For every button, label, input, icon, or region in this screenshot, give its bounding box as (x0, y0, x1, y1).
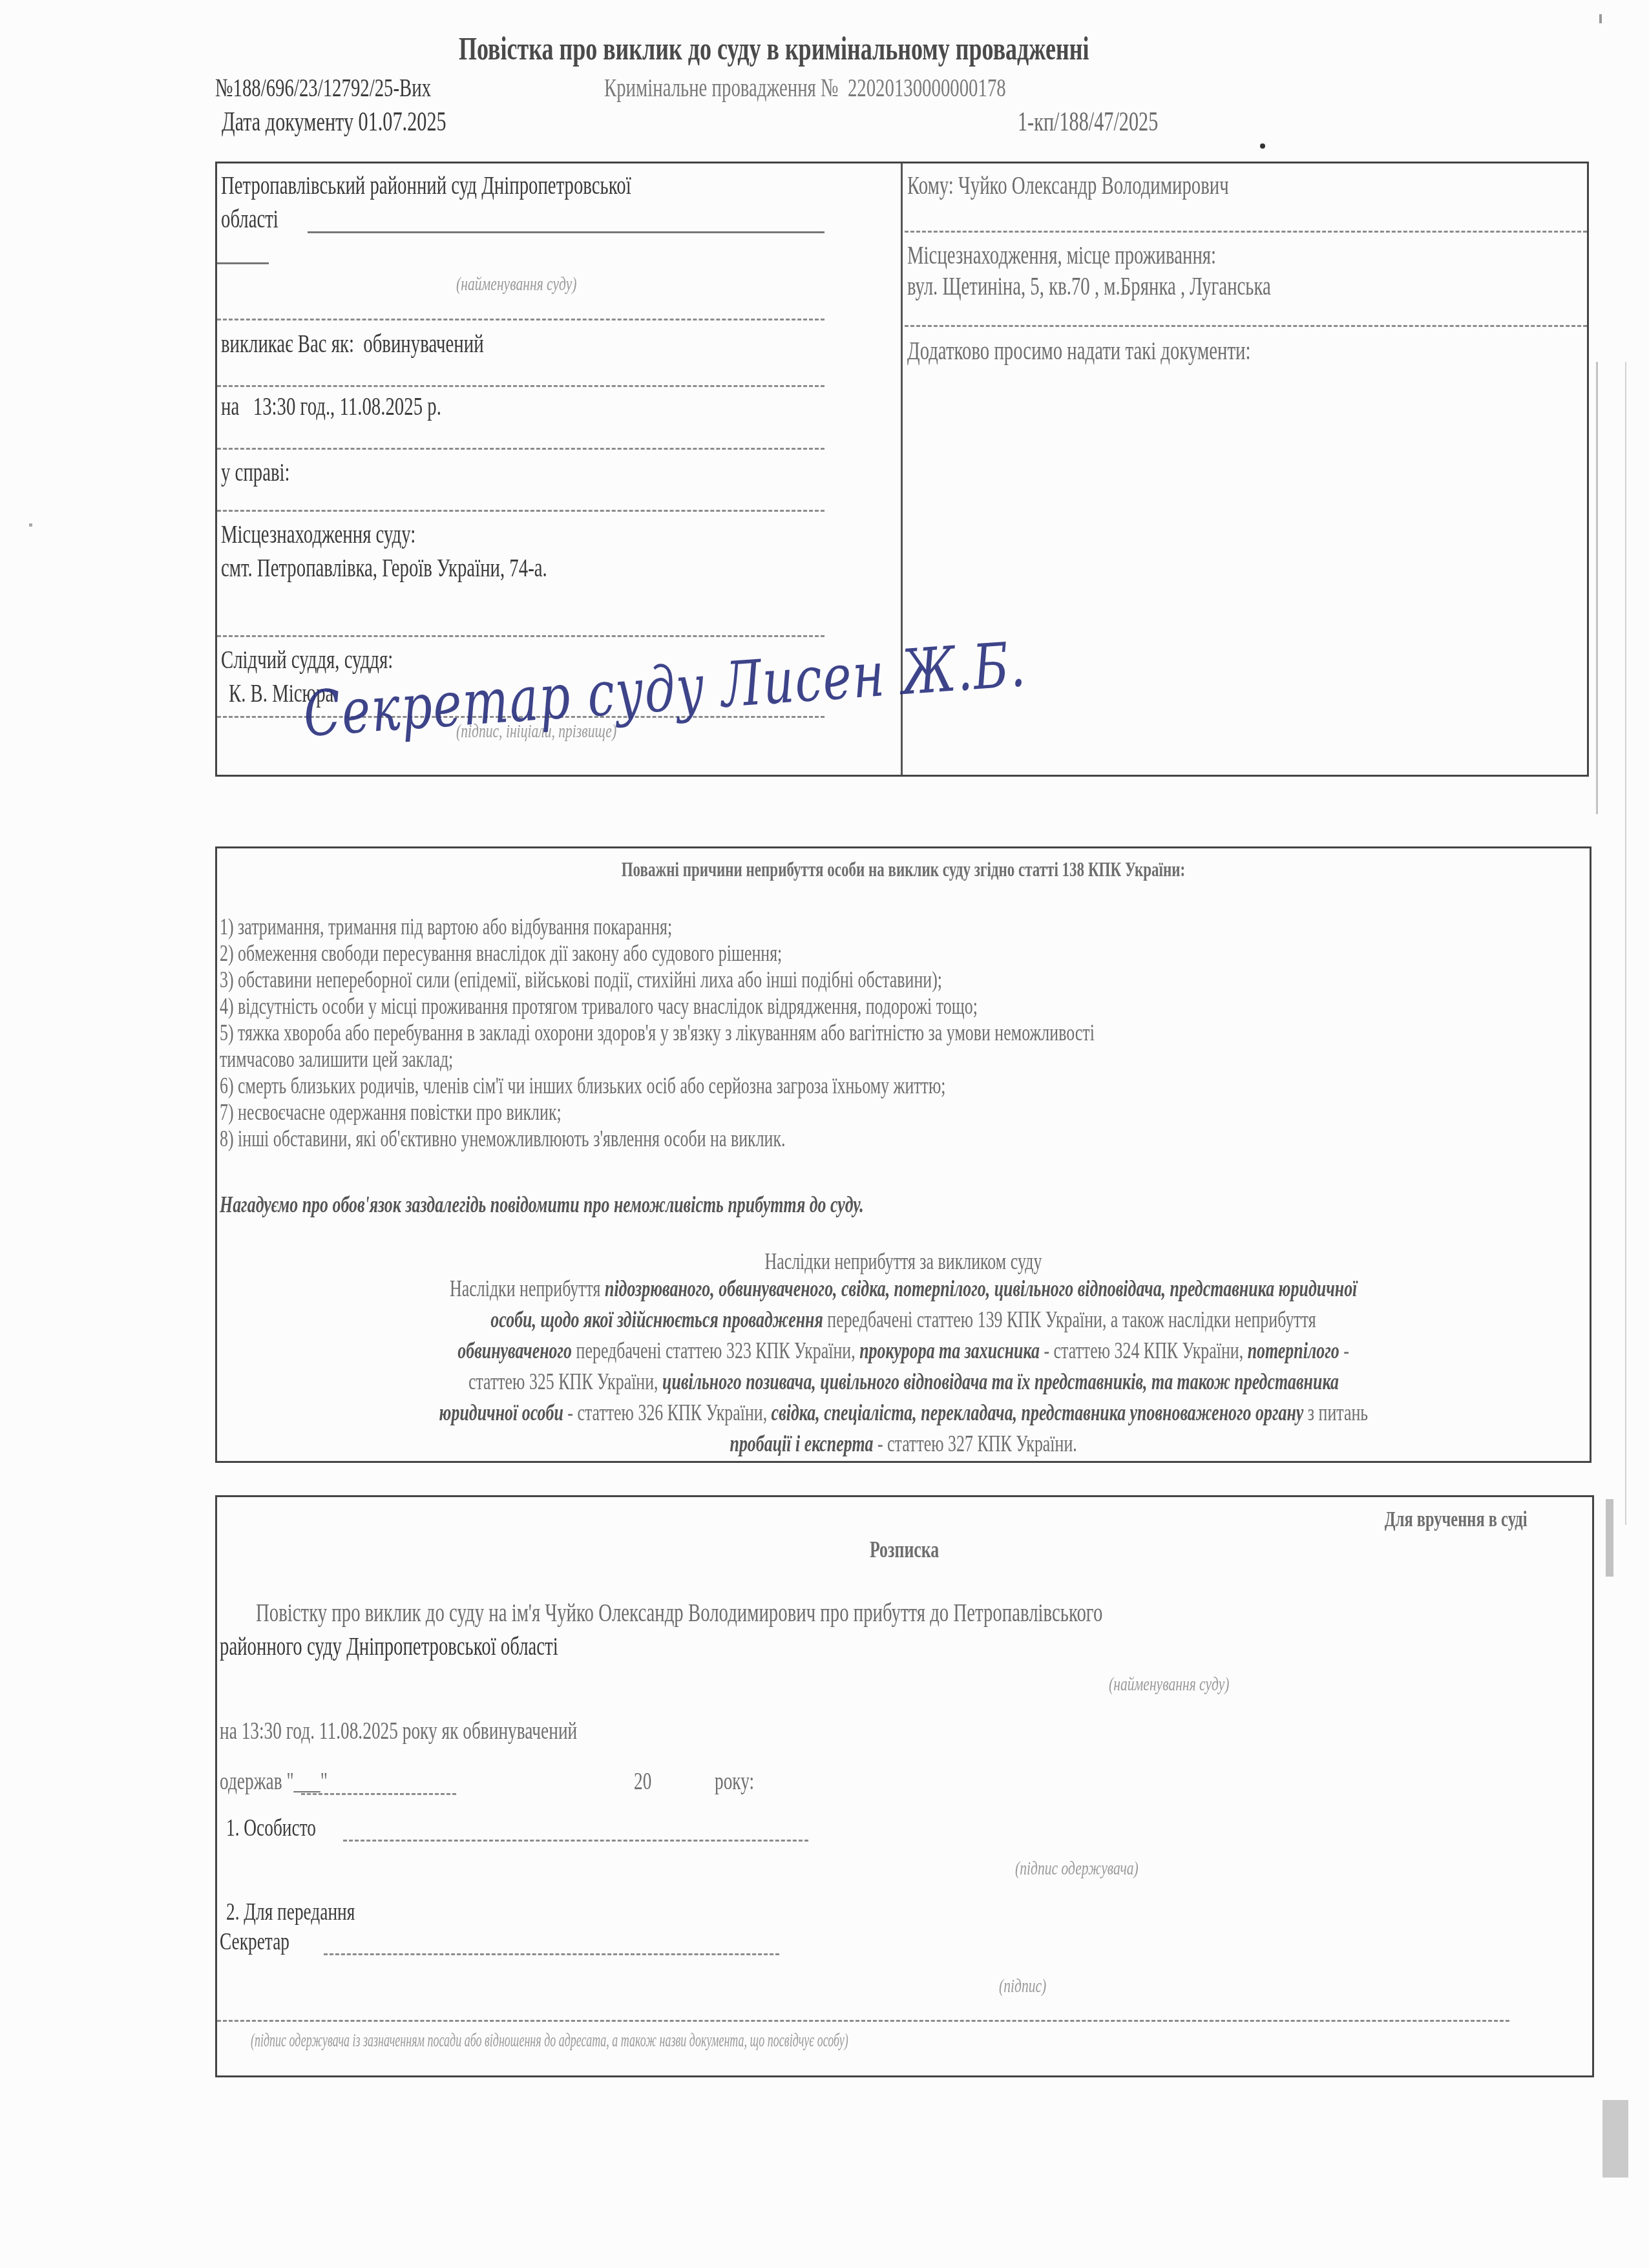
recipient: Кому: Чуйко Олександр Володимирович (907, 170, 1354, 200)
document-title: Повістка про виклик до суду в кримінальн… (459, 30, 1334, 67)
emphasis-text: свідка, спеціаліста, перекладача, предст… (771, 1400, 1303, 1425)
court-caption: (найменування суду) (1109, 1674, 1276, 1696)
emphasis-text: пробації і експерта (730, 1431, 873, 1456)
recipient-name: Чуйко Олександр Володимирович (958, 171, 1229, 200)
consequences-line: пробації і експерта - статтею 327 КПК Ук… (217, 1430, 1590, 1457)
plain-text: - статтею 327 КПК України. (873, 1431, 1077, 1456)
recipient-label: Кому: (907, 171, 954, 200)
document-date-value: 01.07.2025 (359, 107, 446, 137)
plain-text: статтею 325 КПК України, (468, 1369, 662, 1394)
summons-as-label: викликає Вас як: (221, 329, 354, 358)
plain-text: - статтею 326 КПК України, (563, 1400, 772, 1425)
plain-text: Наслідки неприбуття (450, 1276, 605, 1301)
court-name-underline (308, 231, 824, 233)
consequences-line: Наслідки неприбуття підозрюваного, обвин… (217, 1275, 1590, 1302)
secretary-label: Секретар (220, 1927, 317, 1956)
documents-request-label: Додатково просимо надати такі документи: (907, 335, 1384, 366)
criminal-proceeding: Кримінальне провадження № 22020130000000… (604, 72, 1162, 103)
row-divider (217, 385, 824, 387)
received-date: одержав "___" (220, 1767, 370, 1796)
row-divider (905, 325, 1587, 327)
scan-artifact (1606, 1499, 1613, 1577)
case-number: 1-кп/188/47/2025 (1018, 107, 1213, 138)
scan-artifact (1596, 362, 1598, 814)
court-name-underline-2 (217, 262, 269, 264)
received-year-suffix: року: (715, 1767, 770, 1796)
reminder: Нагадуємо про обов'язок заздалегідь пові… (220, 1191, 1114, 1218)
recipient-signature-caption: (підпис одержувача) (1015, 1858, 1186, 1880)
scan-artifact (29, 523, 32, 527)
document-number: №188/696/23/12792/25-Вих (215, 72, 515, 103)
scan-artifact (1625, 362, 1626, 1525)
summons-as-value: обвинувачений (363, 329, 483, 358)
plain-text: передбачені статтею 323 КПК України, (576, 1338, 859, 1363)
court-name-line1: Петропавлівський районний суд Дніпропетр… (221, 170, 790, 200)
reason-item: 1) затримання, тримання під вартою або в… (220, 913, 848, 940)
transfer-label: 2. Для передання (226, 1898, 405, 1926)
row-divider (217, 635, 824, 637)
residence-label: Місцезнаходження, місце проживання: (907, 240, 1336, 270)
consequences-heading: Наслідки неприбуття за викликом суду (217, 1248, 1590, 1275)
consequences-line: особи, щодо якої здійснюється провадженн… (217, 1306, 1590, 1333)
personally-signature-line (343, 1840, 808, 1842)
emphasis-text: юридичної особи (439, 1400, 563, 1425)
emphasis-text: обвинуваченого (457, 1338, 576, 1363)
reason-item: тимчасово залишити цей заклад; (220, 1045, 544, 1073)
consequences-line: обвинуваченого передбачені статтею 323 К… (217, 1337, 1590, 1364)
footer-signature-line (217, 2020, 1509, 2022)
criminal-proceeding-label: Кримінальне провадження № (604, 73, 839, 102)
personally-label: 1. Особисто (226, 1814, 351, 1842)
court-location-label: Місцезнаходження суду: (221, 519, 491, 549)
scan-artifact (1602, 2100, 1628, 2178)
document-date: Дата документу 01.07.2025 (222, 107, 534, 138)
appearance-time: на 13:30 год., 11.08.2025 р. (221, 391, 527, 421)
receipt-time-line: на 13:30 год. 11.08.2025 року як обвинув… (220, 1717, 716, 1745)
reason-item: 3) обставини непереборної сили (епідемії… (220, 966, 1223, 993)
plain-text: з питань (1303, 1400, 1368, 1425)
residence-value: вул. Щетиніна, 5, кв.70 , м.Брянка , Луг… (907, 271, 1413, 301)
court-name-line2: області (221, 204, 300, 234)
case-label: у справі: (221, 457, 317, 487)
emphasis-text: особи, щодо якої здійснюється провадженн… (490, 1307, 827, 1332)
receipt-body-line2: районного суду Дніпропетровської області (220, 1631, 689, 1661)
consequences-line: статтею 325 КПК України, цивільного пози… (217, 1368, 1590, 1395)
reason-item: 8) інші обставини, які об'єктивно унемож… (220, 1125, 1005, 1152)
scan-artifact (1599, 14, 1602, 23)
row-divider (217, 510, 824, 512)
reason-item: 6) смерть близьких родичів, членів сім'ї… (220, 1072, 1228, 1099)
row-divider (217, 448, 824, 450)
secretary-signature-line (324, 1953, 779, 1955)
emphasis-text: потерпілого (1248, 1338, 1339, 1363)
secretary-caption: (підпис) (999, 1975, 1065, 1997)
corner-label: Для вручення в суді (1329, 1507, 1528, 1532)
reason-item: 2) обмеження свободи пересування внаслід… (220, 940, 1001, 967)
consequences-line: юридичної особи - статтею 326 КПК Україн… (217, 1399, 1590, 1426)
received-year-prefix: 20 (634, 1767, 658, 1796)
footer-caption: (підпис одержувача із зазначенням посади… (251, 2030, 1246, 2052)
reasons-heading: Поважні причини неприбуття особи на викл… (217, 857, 1590, 881)
received-date-line (301, 1793, 456, 1795)
reason-item: 5) тяжка хвороба або перебування в закла… (220, 1019, 1434, 1046)
plain-text: - статтею 324 КПК України, (1040, 1338, 1248, 1363)
receipt-heading: Розписка (217, 1536, 1592, 1563)
emphasis-text: цивільного позивача, цивільного відповід… (662, 1369, 1339, 1394)
reason-item: 7) несвоєчасне одержання повістки про ви… (220, 1098, 694, 1126)
emphasis-text: підозрюваного, обвинуваченого, свідка, п… (605, 1276, 1357, 1301)
court-name-caption: (найменування суду) (456, 273, 624, 295)
summons-as: викликає Вас як: обвинувачений (221, 328, 586, 359)
court-location-value: смт. Петропавлівка, Героїв України, 74-а… (221, 552, 674, 583)
reasons-box: Поважні причини неприбуття особи на викл… (215, 846, 1591, 1463)
criminal-proceeding-number: 22020130000000178 (848, 73, 1006, 102)
reason-item: 4) відсутність особи у місці проживання … (220, 992, 1272, 1020)
plain-text: - (1339, 1338, 1349, 1363)
row-divider (217, 319, 824, 320)
emphasis-text: прокурора та захисника (859, 1338, 1040, 1363)
time-value: 13:30 год., 11.08.2025 р. (253, 392, 441, 421)
plain-text: передбачені статтею 139 КПК України, а т… (827, 1307, 1316, 1332)
document-date-label: Дата документу (222, 107, 353, 137)
row-divider (905, 231, 1587, 233)
received-label: одержав "___" (220, 1768, 328, 1795)
scan-speck (1260, 143, 1265, 149)
time-label: на (221, 392, 239, 421)
receipt-box: Для вручення в суді Розписка Повістку пр… (215, 1495, 1594, 2077)
receipt-body-line1: Повістку про виклик до суду на ім'я Чуйк… (256, 1597, 1432, 1628)
